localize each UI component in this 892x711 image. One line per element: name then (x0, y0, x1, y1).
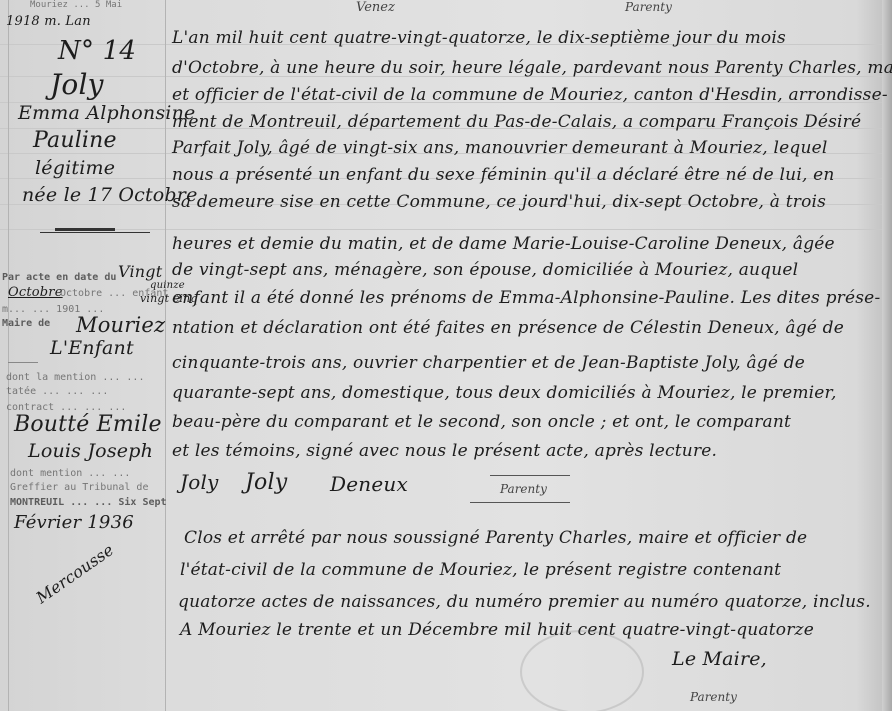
signature-witness-1: Joly (245, 470, 287, 495)
signature-rule (490, 475, 570, 476)
mention-signature: Mercousse (33, 540, 118, 607)
body-line: heures et demie du matin, et de dame Mar… (172, 234, 835, 254)
signature-father: Joly (180, 470, 219, 494)
body-line: quarante-sept ans, domestique, tous deux… (172, 383, 837, 403)
signature-witness-2: Deneux (330, 472, 408, 496)
mention-octobre: Octobre (8, 285, 63, 300)
mention-spouse-given: Louis Joseph (28, 440, 153, 462)
closing-line: quatorze actes de naissances, du numéro … (178, 592, 871, 612)
signature-mayor: Parenty (500, 482, 547, 496)
top-faint-annotation: Mouriez ... 5 Mai (30, 0, 122, 10)
stamp-line: dont mention ... ... (10, 468, 130, 479)
top-center-signature: Venez (356, 0, 395, 15)
top-left-annotation: 1918 m. Lan (6, 14, 91, 29)
body-line: et officier de l'état-civil de la commun… (172, 85, 888, 105)
page-edge (882, 0, 892, 711)
margin-line (8, 0, 9, 711)
body-line: beau-père du comparant et le second, son… (172, 412, 791, 432)
mention-spouse-surname: Boutté Emile (14, 412, 162, 437)
mention-vingt: Vingt (118, 262, 162, 281)
body-line: cinquante-trois ans, ouvrier charpentier… (172, 353, 805, 373)
closing-line: l'état-civil de la commune de Mouriez, l… (180, 560, 781, 580)
margin-given-names: Emma Alphonsine (18, 102, 195, 124)
margin-surname: Joly (50, 68, 104, 101)
ruled-line (0, 229, 892, 230)
margin-rule (40, 232, 150, 233)
body-line: L'an mil huit cent quatre-vingt-quatorze… (172, 28, 786, 48)
body-line: de vingt-sept ans, ménagère, son épouse,… (172, 260, 798, 280)
body-line: enfant il a été donné les prénoms de Emm… (172, 288, 880, 308)
body-line: nous a présenté un enfant du sexe fémini… (172, 165, 835, 185)
stamp-line: Greffier au Tribunal de (10, 482, 148, 493)
official-seal (520, 630, 644, 711)
register-page: Mouriez ... 5 Mai 1918 m. Lan Venez Pare… (0, 0, 892, 711)
top-right-signature: Parenty (625, 0, 672, 14)
body-line: ntation et déclaration ont été faites en… (172, 318, 844, 338)
stamp-line: tatée ... ... ... (6, 386, 108, 397)
margin-given-names-2: Pauline (33, 128, 117, 153)
signature-rule (470, 502, 570, 503)
mention-date: Février 1936 (14, 512, 134, 533)
closing-line: Clos et arrêté par nous soussigné Parent… (184, 528, 807, 548)
body-line: d'Octobre, à une heure du soir, heure lé… (172, 58, 892, 78)
closing-signature: Parenty (690, 690, 737, 704)
closing-line: A Mouriez le trente et un Décembre mil h… (180, 620, 814, 640)
mention-mouriez: Mouriez (76, 313, 165, 337)
closing-title: Le Maire, (672, 648, 767, 670)
margin-legitimacy: légitime (35, 157, 115, 179)
mention-rule (8, 362, 38, 363)
stamp-line: Par acte en date du (2, 272, 116, 283)
margin-rule-thick (55, 228, 115, 231)
body-line: et les témoins, signé avec nous le prése… (172, 441, 717, 461)
body-line: sa demeure sise en cette Commune, ce jou… (172, 192, 826, 212)
stamp-line: Maire de (2, 318, 50, 329)
act-number: N° 14 (58, 36, 136, 66)
body-line: Parfait Joly, âgé de vingt-six ans, mano… (172, 138, 828, 158)
stamp-line: MONTREUIL ... ... Six Sept (10, 497, 167, 508)
mention-lenfant: L'Enfant (50, 337, 134, 359)
body-line: ment de Montreuil, département du Pas-de… (172, 112, 861, 132)
stamp-line: dont la mention ... ... (6, 372, 144, 383)
